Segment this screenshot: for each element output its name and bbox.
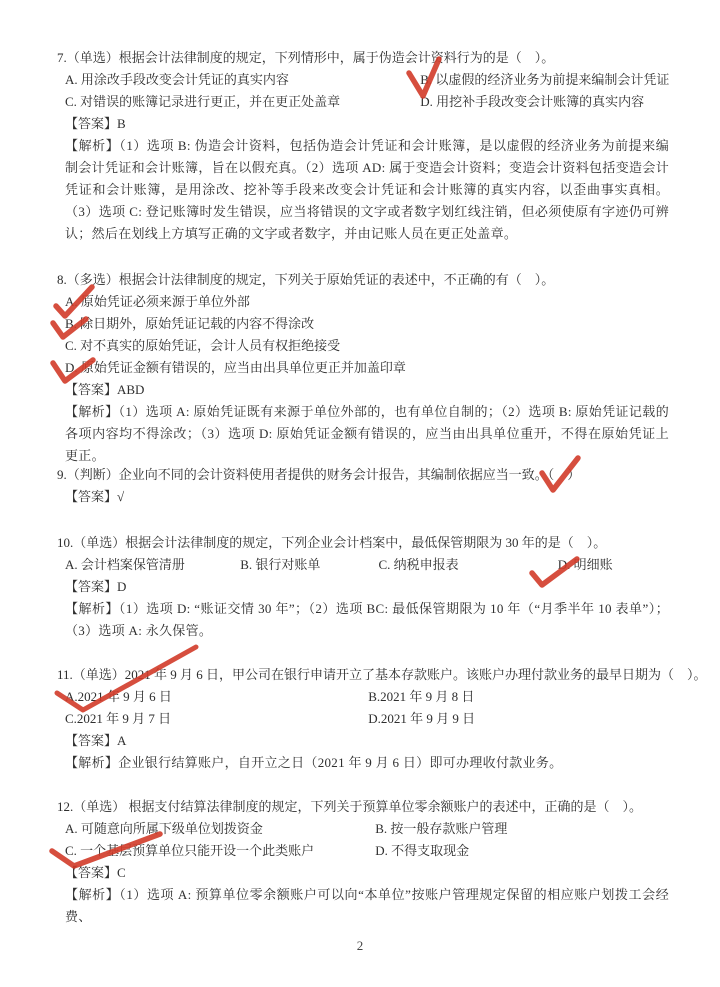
question-8-analysis: 【解析】（1）选项 A: 原始凭证既有来源于单位外部的，也有单位自制的；（2）选… (65, 401, 669, 467)
question-10-analysis: 【解析】（1）选项 D: “账证交情 30 年”；（2）选项 BC: 最低保管期… (65, 598, 669, 642)
question-12-option-row-1: A. 可随意向所属下级单位划拨资金 B. 按一般存款账户管理 (65, 818, 669, 840)
question-9: 9.（判断）企业向不同的会计资料使用者提供的财务会计报告，其编制依据应当一致。（… (57, 464, 669, 508)
question-11-option-d: D.2021 年 9 月 9 日 (368, 708, 475, 730)
question-11-stem: 11.（单选）2021 年 9 月 6 日，甲公司在银行申请开立了基本存款账户。… (57, 664, 669, 686)
question-9-stem: 9.（判断）企业向不同的会计资料使用者提供的财务会计报告，其编制依据应当一致。（… (57, 464, 669, 486)
question-11-option-a: A.2021 年 9 月 6 日 (65, 686, 365, 708)
question-12-option-a: A. 可随意向所属下级单位划拨资金 (65, 818, 372, 840)
question-11-option-c: C.2021 年 9 月 7 日 (65, 708, 365, 730)
document-page: 7.（单选）根据会计法律制度的规定，下列情形中，属于伪造会计资料行为的是（ ）。… (0, 0, 720, 987)
question-9-answer: 【答案】√ (65, 486, 669, 508)
question-7-answer: 【答案】B (65, 113, 669, 135)
question-11-option-row-1: A.2021 年 9 月 6 日 B.2021 年 9 月 8 日 (65, 686, 669, 708)
question-7-option-c: C. 对错误的账簿记录进行更正，并在更正处盖章 (65, 91, 417, 113)
question-10-option-c: C. 纳税申报表 (379, 554, 555, 576)
question-10-option-d: D. 明细账 (558, 554, 613, 576)
question-10-stem: 10.（单选）根据会计法律制度的规定，下列企业会计档案中，最低保管期限为 30 … (57, 532, 669, 554)
question-7-option-row-1: A. 用涂改手段改变会计凭证的真实内容 B. 以虚假的经济业务为前提来编制会计凭… (65, 69, 669, 91)
question-12-option-row-2: C. 一个基层预算单位只能开设一个此类账户 D. 不得支取现金 (65, 840, 669, 862)
question-7-option-d: D. 用挖补手段改变会计账簿的真实内容 (420, 91, 644, 113)
question-11-option-row-2: C.2021 年 9 月 7 日 D.2021 年 9 月 9 日 (65, 708, 669, 730)
question-8-option-c: C. 对不真实的原始凭证，会计人员有权拒绝接受 (65, 335, 669, 357)
question-8-option-d: D. 原始凭证金额有错误的，应当由出具单位更正并加盖印章 (65, 357, 669, 379)
question-12-option-b: B. 按一般存款账户管理 (375, 818, 507, 840)
question-8-answer: 【答案】ABD (65, 379, 669, 401)
question-8-stem: 8.（多选）根据会计法律制度的规定，下列关于原始凭证的表述中，不正确的有（ ）。 (57, 269, 669, 291)
question-12-stem: 12.（单选） 根据支付结算法律制度的规定，下列关于预算单位零余额账户的表述中，… (57, 796, 669, 818)
question-10-option-a: A. 会计档案保管清册 (65, 554, 237, 576)
question-12-option-c: C. 一个基层预算单位只能开设一个此类账户 (65, 840, 372, 862)
question-12: 12.（单选） 根据支付结算法律制度的规定，下列关于预算单位零余额账户的表述中，… (57, 796, 669, 928)
question-7-option-a: A. 用涂改手段改变会计凭证的真实内容 (65, 69, 417, 91)
question-7-option-row-2: C. 对错误的账簿记录进行更正，并在更正处盖章 D. 用挖补手段改变会计账簿的真… (65, 91, 669, 113)
question-8-option-b: B. 除日期外，原始凭证记载的内容不得涂改 (65, 313, 669, 335)
question-11-option-b: B.2021 年 9 月 8 日 (368, 686, 474, 708)
question-7-analysis: 【解析】（1）选项 B: 伪造会计资料，包括伪造会计凭证和会计账簿，是以虚假的经… (65, 135, 669, 245)
question-10: 10.（单选）根据会计法律制度的规定，下列企业会计档案中，最低保管期限为 30 … (57, 532, 669, 642)
question-10-option-row: A. 会计档案保管清册 B. 银行对账单 C. 纳税申报表 D. 明细账 (65, 554, 669, 576)
question-12-answer: 【答案】C (65, 862, 669, 884)
question-11: 11.（单选）2021 年 9 月 6 日，甲公司在银行申请开立了基本存款账户。… (57, 664, 669, 774)
question-11-answer: 【答案】A (65, 730, 669, 752)
question-11-analysis: 【解析】企业银行结算账户，自开立之日（2021 年 9 月 6 日）即可办理收付… (65, 752, 669, 774)
question-8-option-a: A. 原始凭证必须来源于单位外部 (65, 291, 669, 313)
question-12-analysis: 【解析】（1）选项 A: 预算单位零余额账户可以向“本单位”按账户管理规定保留的… (65, 884, 669, 928)
question-10-answer: 【答案】D (65, 576, 669, 598)
question-7-stem: 7.（单选）根据会计法律制度的规定，下列情形中，属于伪造会计资料行为的是（ ）。 (57, 47, 669, 69)
question-12-option-d: D. 不得支取现金 (375, 840, 469, 862)
page-number: 2 (0, 938, 720, 954)
question-7-option-b: B. 以虚假的经济业务为前提来编制会计凭证 (420, 69, 669, 91)
question-10-option-b: B. 银行对账单 (240, 554, 375, 576)
question-7: 7.（单选）根据会计法律制度的规定，下列情形中，属于伪造会计资料行为的是（ ）。… (57, 47, 669, 245)
question-8: 8.（多选）根据会计法律制度的规定，下列关于原始凭证的表述中，不正确的有（ ）。… (57, 269, 669, 467)
